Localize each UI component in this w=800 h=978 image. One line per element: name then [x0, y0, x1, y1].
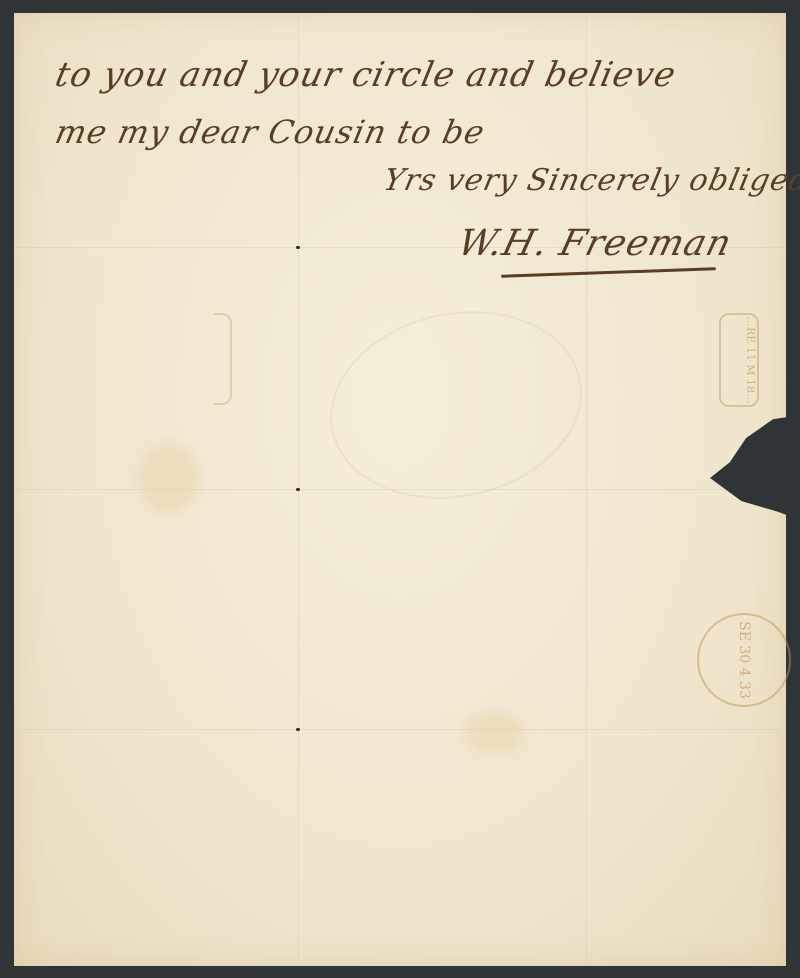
- pin-hole: [296, 246, 300, 249]
- framed-postmark: …RE 11 M 18…: [719, 313, 759, 407]
- signature: W.H. Freeman: [454, 223, 736, 264]
- closing-line: Yrs very Sincerely obliged: [380, 163, 800, 198]
- fold-line-horizontal: [14, 729, 786, 731]
- pin-hole: [296, 488, 300, 491]
- faint-seal-impression: [313, 289, 600, 522]
- paper-stain: [464, 713, 524, 753]
- letter-line-2: me my dear Cousin to be: [52, 113, 489, 151]
- circular-postmark: SE 30 4 33: [697, 613, 791, 707]
- letter-line-1: to you and your circle and believe: [52, 55, 680, 95]
- signature-underline: [501, 267, 716, 278]
- paper-stain: [139, 443, 199, 513]
- pin-hole: [296, 728, 300, 731]
- letter-sheet: to you and your circle and believe me my…: [14, 13, 786, 966]
- postmark-date: SE 30 4 33: [736, 621, 752, 699]
- faint-bracket-mark: [214, 313, 232, 405]
